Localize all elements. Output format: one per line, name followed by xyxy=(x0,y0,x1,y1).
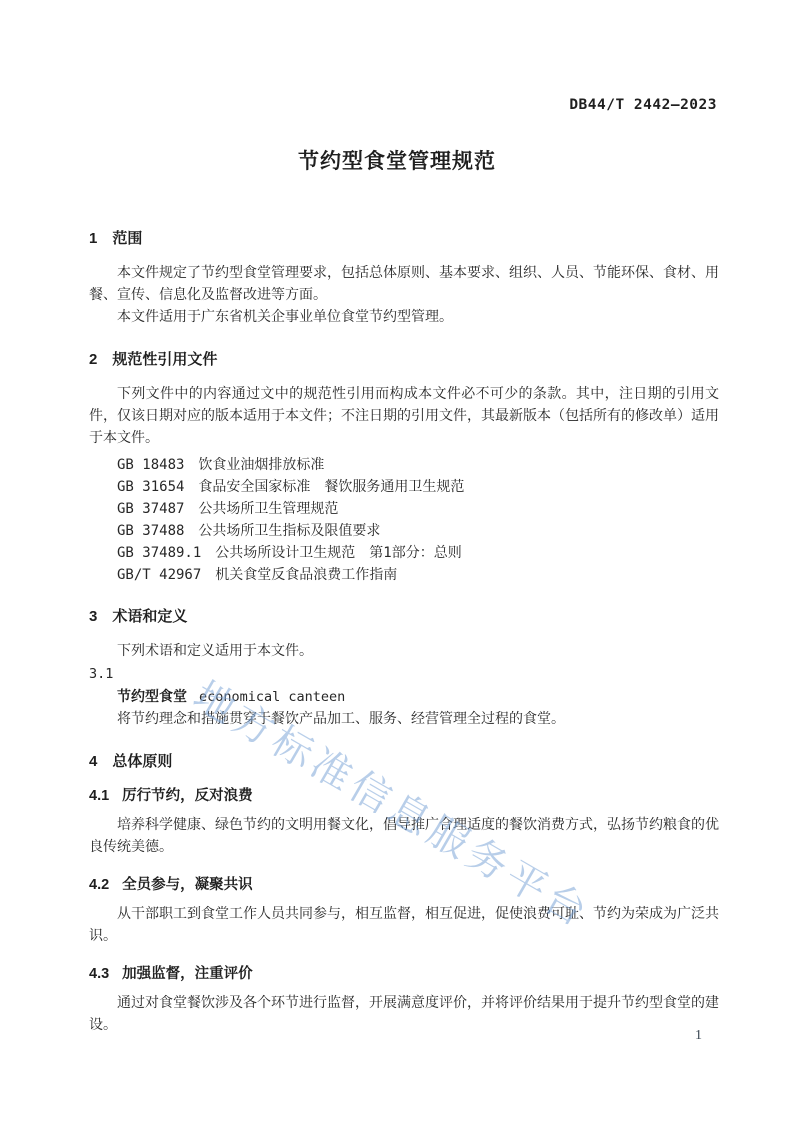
paragraph: 本文件规定了节约型食堂管理要求，包括总体原则、基本要求、组织、人员、节能环保、食… xyxy=(89,263,719,307)
subsection-title: 厉行节约，反对浪费 xyxy=(122,788,253,804)
section-number: 4 xyxy=(89,753,97,770)
reference-item: GB 37488 公共场所卫生指标及限值要求 xyxy=(89,520,719,542)
term-definition: 将节约理念和措施贯穿于餐饮产品加工、服务、经营管理全过程的食堂。 xyxy=(89,709,719,731)
section-title: 范围 xyxy=(112,230,142,247)
paragraph: 下列术语和定义适用于本文件。 xyxy=(89,641,719,663)
section-number: 3 xyxy=(89,608,97,625)
references-list: GB 18483 饮食业油烟排放标准 GB 31654 食品安全国家标准 餐饮服… xyxy=(89,454,719,586)
subsection-heading-4-2: 4.2全员参与，凝聚共识 xyxy=(89,877,719,893)
subsection-number: 4.3 xyxy=(89,966,109,982)
section-number: 2 xyxy=(89,351,97,368)
reference-item: GB 18483 饮食业油烟排放标准 xyxy=(89,454,719,476)
term-entry: 节约型食堂economical canteen xyxy=(89,685,719,709)
doc-title: 节约型食堂管理规范 xyxy=(0,145,794,175)
section-heading-terms: 3术语和定义 xyxy=(89,608,719,625)
paragraph: 下列文件中的内容通过文中的规范性引用而构成本文件必不可少的条款。其中，注日期的引… xyxy=(89,384,719,450)
reference-item: GB 31654 食品安全国家标准 餐饮服务通用卫生规范 xyxy=(89,476,719,498)
section-title: 总体原则 xyxy=(112,753,172,770)
section-title: 术语和定义 xyxy=(112,608,187,625)
term-entry-number: 3.1 xyxy=(89,663,719,685)
section-number: 1 xyxy=(89,230,97,247)
section-heading-principles: 4总体原则 xyxy=(89,753,719,770)
reference-item: GB 37487 公共场所卫生管理规范 xyxy=(89,498,719,520)
paragraph: 通过对食堂餐饮涉及各个环节进行监督，开展满意度评价，并将评价结果用于提升节约型食… xyxy=(89,993,719,1037)
section-heading-scope: 1范围 xyxy=(89,230,719,247)
term-name: 节约型食堂 xyxy=(117,688,187,704)
paragraph: 培养科学健康、绿色节约的文明用餐文化，倡导推广合理适度的餐饮消费方式，弘扬节约粮… xyxy=(89,815,719,859)
subsection-number: 4.1 xyxy=(89,788,109,804)
document-page: DB44/T 2442—2023 节约型食堂管理规范 地方标准信息服务平台 1范… xyxy=(0,0,794,1123)
section-heading-references: 2规范性引用文件 xyxy=(89,351,719,368)
subsection-heading-4-1: 4.1厉行节约，反对浪费 xyxy=(89,788,719,804)
document-body: 1范围 本文件规定了节约型食堂管理要求，包括总体原则、基本要求、组织、人员、节能… xyxy=(89,222,719,1037)
paragraph: 从干部职工到食堂工作人员共同参与，相互监督，相互促进，促使浪费可耻、节约为荣成为… xyxy=(89,904,719,948)
doc-code: DB44/T 2442—2023 xyxy=(569,97,717,113)
paragraph: 本文件适用于广东省机关企事业单位食堂节约型管理。 xyxy=(89,307,719,329)
subsection-heading-4-3: 4.3加强监督，注重评价 xyxy=(89,966,719,982)
term-name-en: economical canteen xyxy=(199,689,345,705)
subsection-title: 加强监督，注重评价 xyxy=(122,966,253,982)
subsection-title: 全员参与，凝聚共识 xyxy=(122,877,253,893)
subsection-number: 4.2 xyxy=(89,877,109,893)
section-title: 规范性引用文件 xyxy=(112,351,217,368)
reference-item: GB 37489.1 公共场所设计卫生规范 第1部分：总则 xyxy=(89,542,719,564)
reference-item: GB/T 42967 机关食堂反食品浪费工作指南 xyxy=(89,564,719,586)
